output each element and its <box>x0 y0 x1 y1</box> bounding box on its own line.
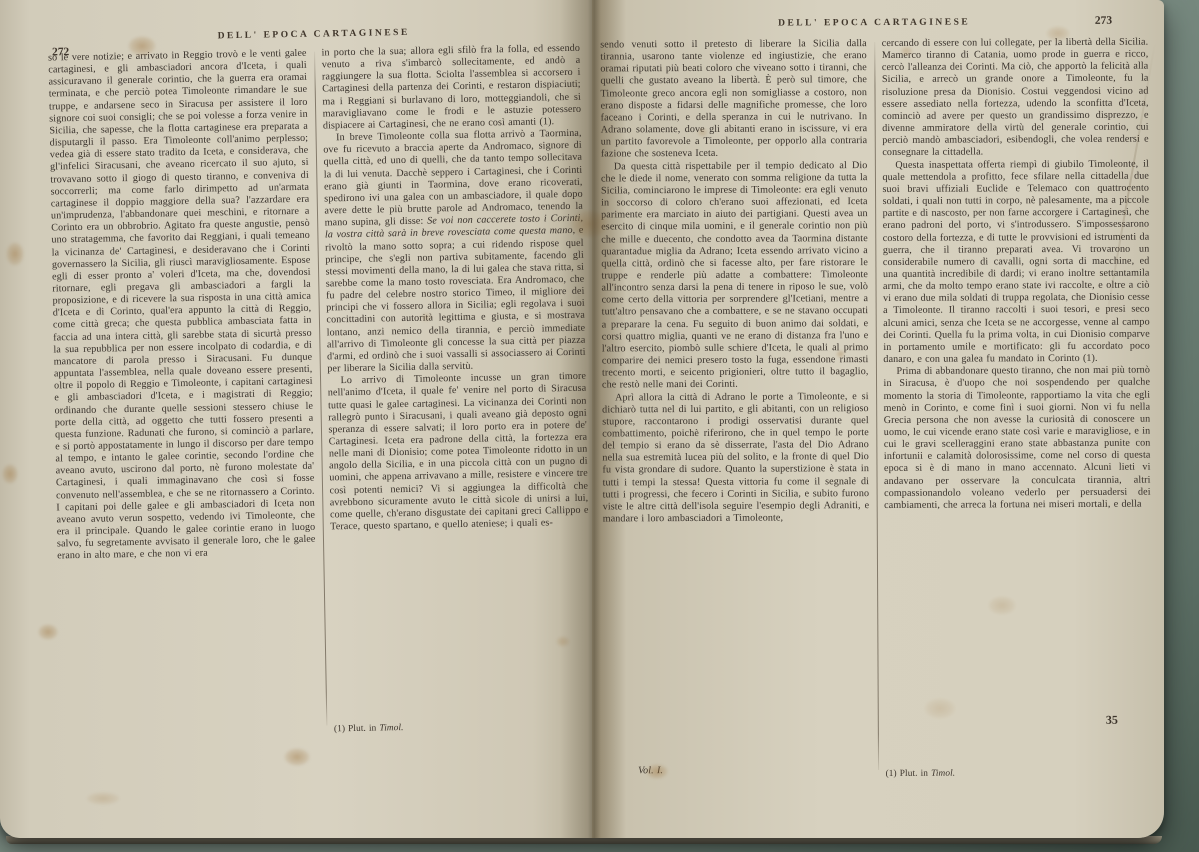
text-column-3: sendo venuti sotto il pretesto di libera… <box>600 38 870 781</box>
right-running-title: DELL' EPOCA CARTAGINESE <box>600 17 1148 30</box>
column-3-text: sendo venuti sotto il pretesto di libera… <box>600 38 869 526</box>
book-page-left: 272 DELL' EPOCA CARTAGINESE so le vere n… <box>0 0 592 838</box>
book-page-right: DELL' EPOCA CARTAGINESE 273 sendo venuti… <box>592 0 1164 838</box>
text-column-1: so le vere notizie; e arrivato in Reggio… <box>48 48 319 741</box>
column-rule <box>874 42 879 770</box>
column-4-text: cercando di essere con lui collegate, pe… <box>882 37 1151 512</box>
left-page-number: 272 <box>52 46 69 58</box>
volume-signature: Vol. I. <box>604 762 871 782</box>
right-footnote: (1) Plut. in Timol. <box>886 760 1153 780</box>
right-page-number: 273 <box>1095 15 1112 27</box>
right-columns: sendo venuti sotto il pretesto di libera… <box>600 37 1152 782</box>
left-page-content: 272 DELL' EPOCA CARTAGINESE so le vere n… <box>0 0 592 838</box>
left-columns: so le vere notizie; e arrivato in Reggio… <box>48 43 592 741</box>
text-column-4: cercando di essere con lui collegate, pe… <box>882 37 1152 780</box>
photo-of-open-book: { "colors": { "backdrop": "#798b81", "pa… <box>0 0 1199 852</box>
right-page-content: DELL' EPOCA CARTAGINESE 273 sendo venuti… <box>592 0 1164 838</box>
sheet-signature-number: 35 <box>1106 713 1118 728</box>
left-footnote: (1) Plut. in Timol. <box>334 712 592 735</box>
column-2-text: in porto che la sua; allora egli sfilò f… <box>321 43 588 534</box>
open-book-spread: 272 DELL' EPOCA CARTAGINESE so le vere n… <box>0 0 1164 838</box>
left-running-title: DELL' EPOCA CARTAGINESE <box>48 25 580 45</box>
text-column-2: in porto che la sua; allora egli sfilò f… <box>321 43 592 736</box>
right-running-head: DELL' EPOCA CARTAGINESE 273 <box>600 15 1148 40</box>
